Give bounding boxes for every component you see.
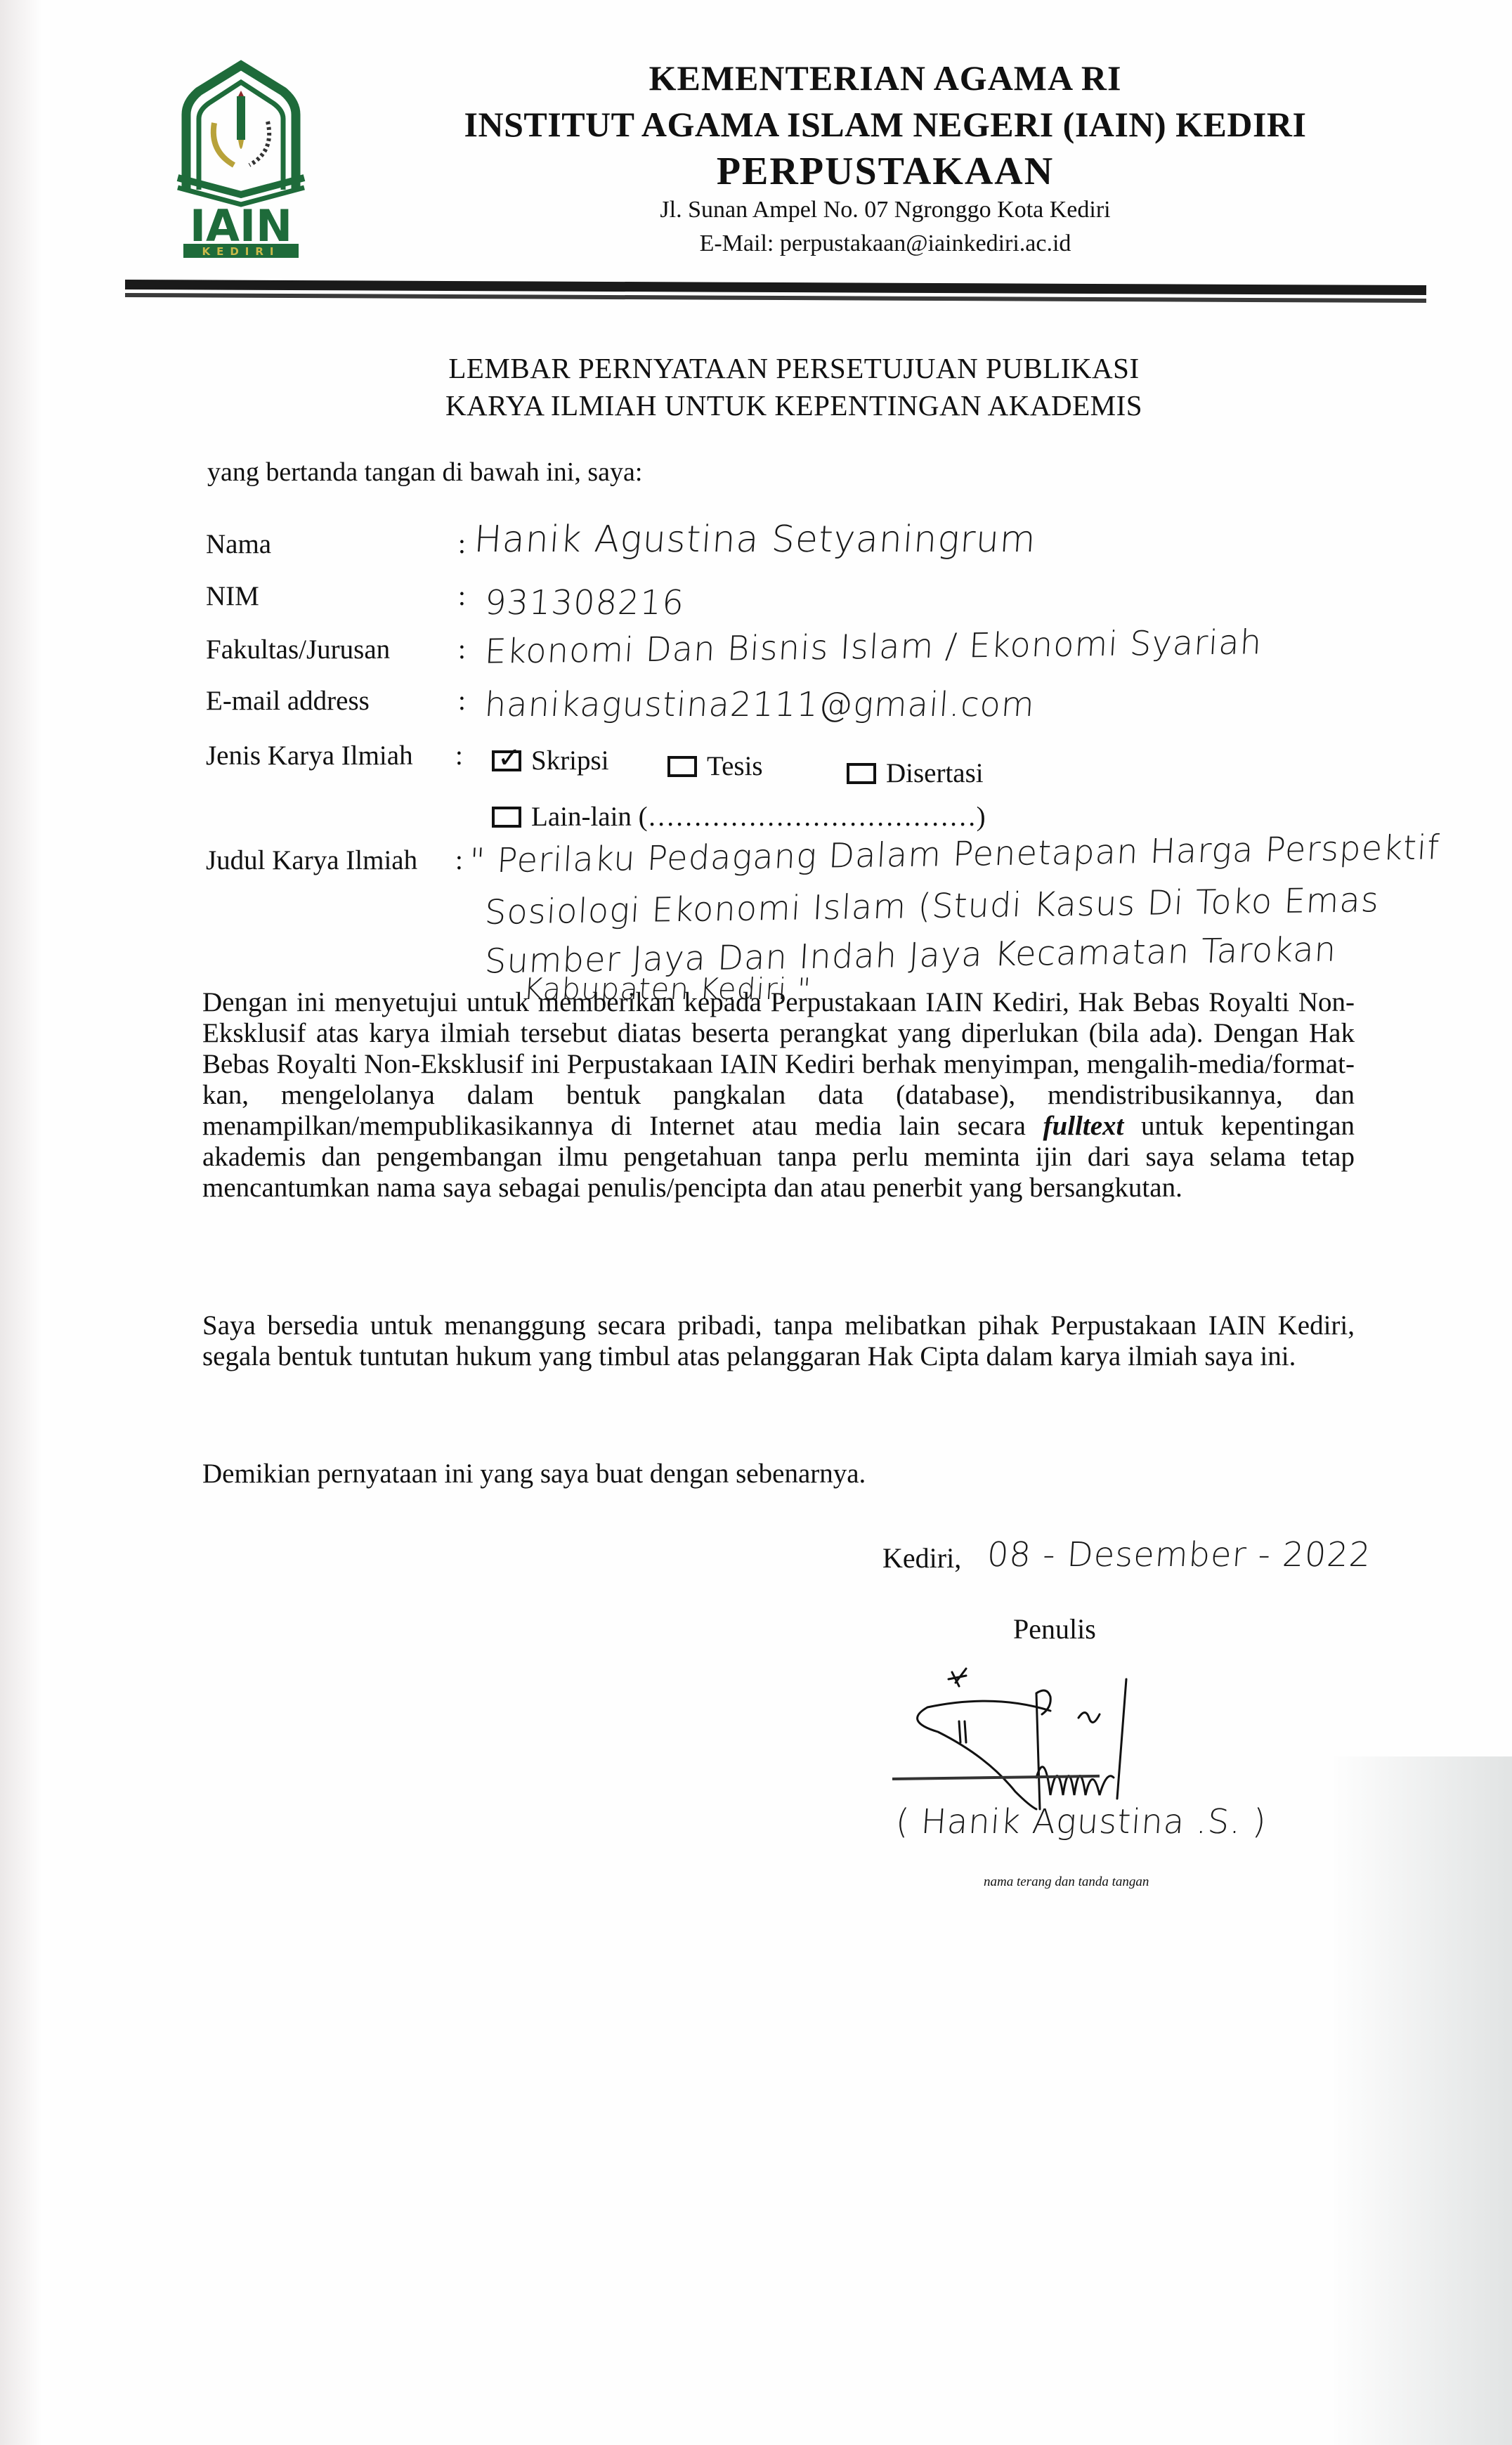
fakultas-label: Fakultas/Jurusan bbox=[206, 634, 390, 665]
signature-caption: nama terang dan tanda tangan bbox=[984, 1874, 1149, 1890]
address: Jl. Sunan Ampel No. 07 Ngronggo Kota Ked… bbox=[393, 197, 1377, 223]
option-tesis[interactable]: Tesis bbox=[667, 750, 763, 782]
document-title-line-1: LEMBAR PERNYATAAN PERSETUJUAN PUBLIKASI bbox=[393, 351, 1194, 385]
contact-email: E-Mail: perpustakaan@iainkediri.ac.id bbox=[393, 230, 1377, 257]
checkbox-icon[interactable] bbox=[847, 763, 876, 784]
email-value: hanikagustina2111@gmail.com bbox=[483, 685, 1036, 724]
email-label: E-mail address bbox=[206, 685, 370, 717]
judul-label: Judul Karya Ilmiah bbox=[206, 845, 417, 876]
colon: : bbox=[458, 580, 466, 612]
ministry-name: KEMENTERIAN AGAMA RI bbox=[393, 58, 1377, 98]
colon: : bbox=[458, 634, 466, 665]
colon: : bbox=[458, 685, 466, 717]
option-skripsi[interactable]: Skripsi bbox=[492, 745, 609, 776]
signing-date: 08 - Desember - 2022 bbox=[986, 1535, 1372, 1574]
intro-text: yang bertanda tangan di bawah ini, saya: bbox=[207, 457, 642, 488]
letterhead-divider-thin bbox=[125, 293, 1426, 303]
colon: : bbox=[455, 740, 463, 771]
option-label: Disertasi bbox=[886, 757, 984, 789]
department-name: PERPUSTAKAAN bbox=[393, 149, 1377, 194]
nama-value: Hanik Agustina Setyaningrum bbox=[473, 519, 1038, 561]
institute-name: INSTITUT AGAMA ISLAM NEGERI (IAIN) KEDIR… bbox=[393, 104, 1377, 145]
fakultas-value: Ekonomi Dan Bisnis Islam / Ekonomi Syari… bbox=[483, 622, 1263, 672]
colon: : bbox=[458, 528, 466, 560]
page-shadow-left bbox=[0, 0, 42, 2445]
fulltext-emphasis: fulltext bbox=[1043, 1111, 1124, 1141]
option-lain-lain[interactable]: Lain-lain (………………………………) bbox=[492, 801, 986, 833]
page-shadow-right bbox=[1329, 1756, 1512, 2445]
option-label: Tesis bbox=[707, 750, 763, 782]
iain-kediri-logo-icon: IAIN KEDIRI bbox=[171, 60, 311, 258]
signing-place: Kediri, bbox=[882, 1541, 961, 1574]
jenis-label: Jenis Karya Ilmiah bbox=[206, 740, 413, 771]
consent-paragraph: Dengan ini menyetujui untuk memberikan k… bbox=[202, 987, 1355, 1204]
nim-value: 931308216 bbox=[483, 583, 686, 622]
option-label: Lain-lain (………………………………) bbox=[531, 801, 986, 833]
signer-name: ( Hanik Agustina .S. ) bbox=[894, 1802, 1268, 1841]
checkbox-icon[interactable] bbox=[667, 756, 697, 777]
svg-text:KEDIRI: KEDIRI bbox=[202, 245, 280, 258]
colon: : bbox=[455, 845, 463, 876]
letterhead-divider bbox=[125, 280, 1426, 295]
document-title-line-2: KARYA ILMIAH UNTUK KEPENTINGAN AKADEMIS bbox=[393, 389, 1194, 422]
judul-line-1: " Perilaku Pedagang Dalam Penetapan Harg… bbox=[469, 828, 1441, 880]
checkbox-checked-icon[interactable] bbox=[492, 750, 521, 771]
option-label: Skripsi bbox=[531, 745, 609, 776]
judul-line-2: Sosiologi Ekonomi Islam (Studi Kasus Di … bbox=[483, 880, 1380, 932]
checkbox-icon[interactable] bbox=[492, 807, 521, 828]
liability-paragraph: Saya bersedia untuk menanggung secara pr… bbox=[202, 1310, 1355, 1372]
nama-label: Nama bbox=[206, 528, 271, 560]
option-disertasi[interactable]: Disertasi bbox=[847, 757, 984, 789]
signer-role: Penulis bbox=[1013, 1612, 1096, 1645]
closing-paragraph: Demikian pernyataan ini yang saya buat d… bbox=[202, 1459, 1355, 1489]
nim-label: NIM bbox=[206, 580, 259, 612]
